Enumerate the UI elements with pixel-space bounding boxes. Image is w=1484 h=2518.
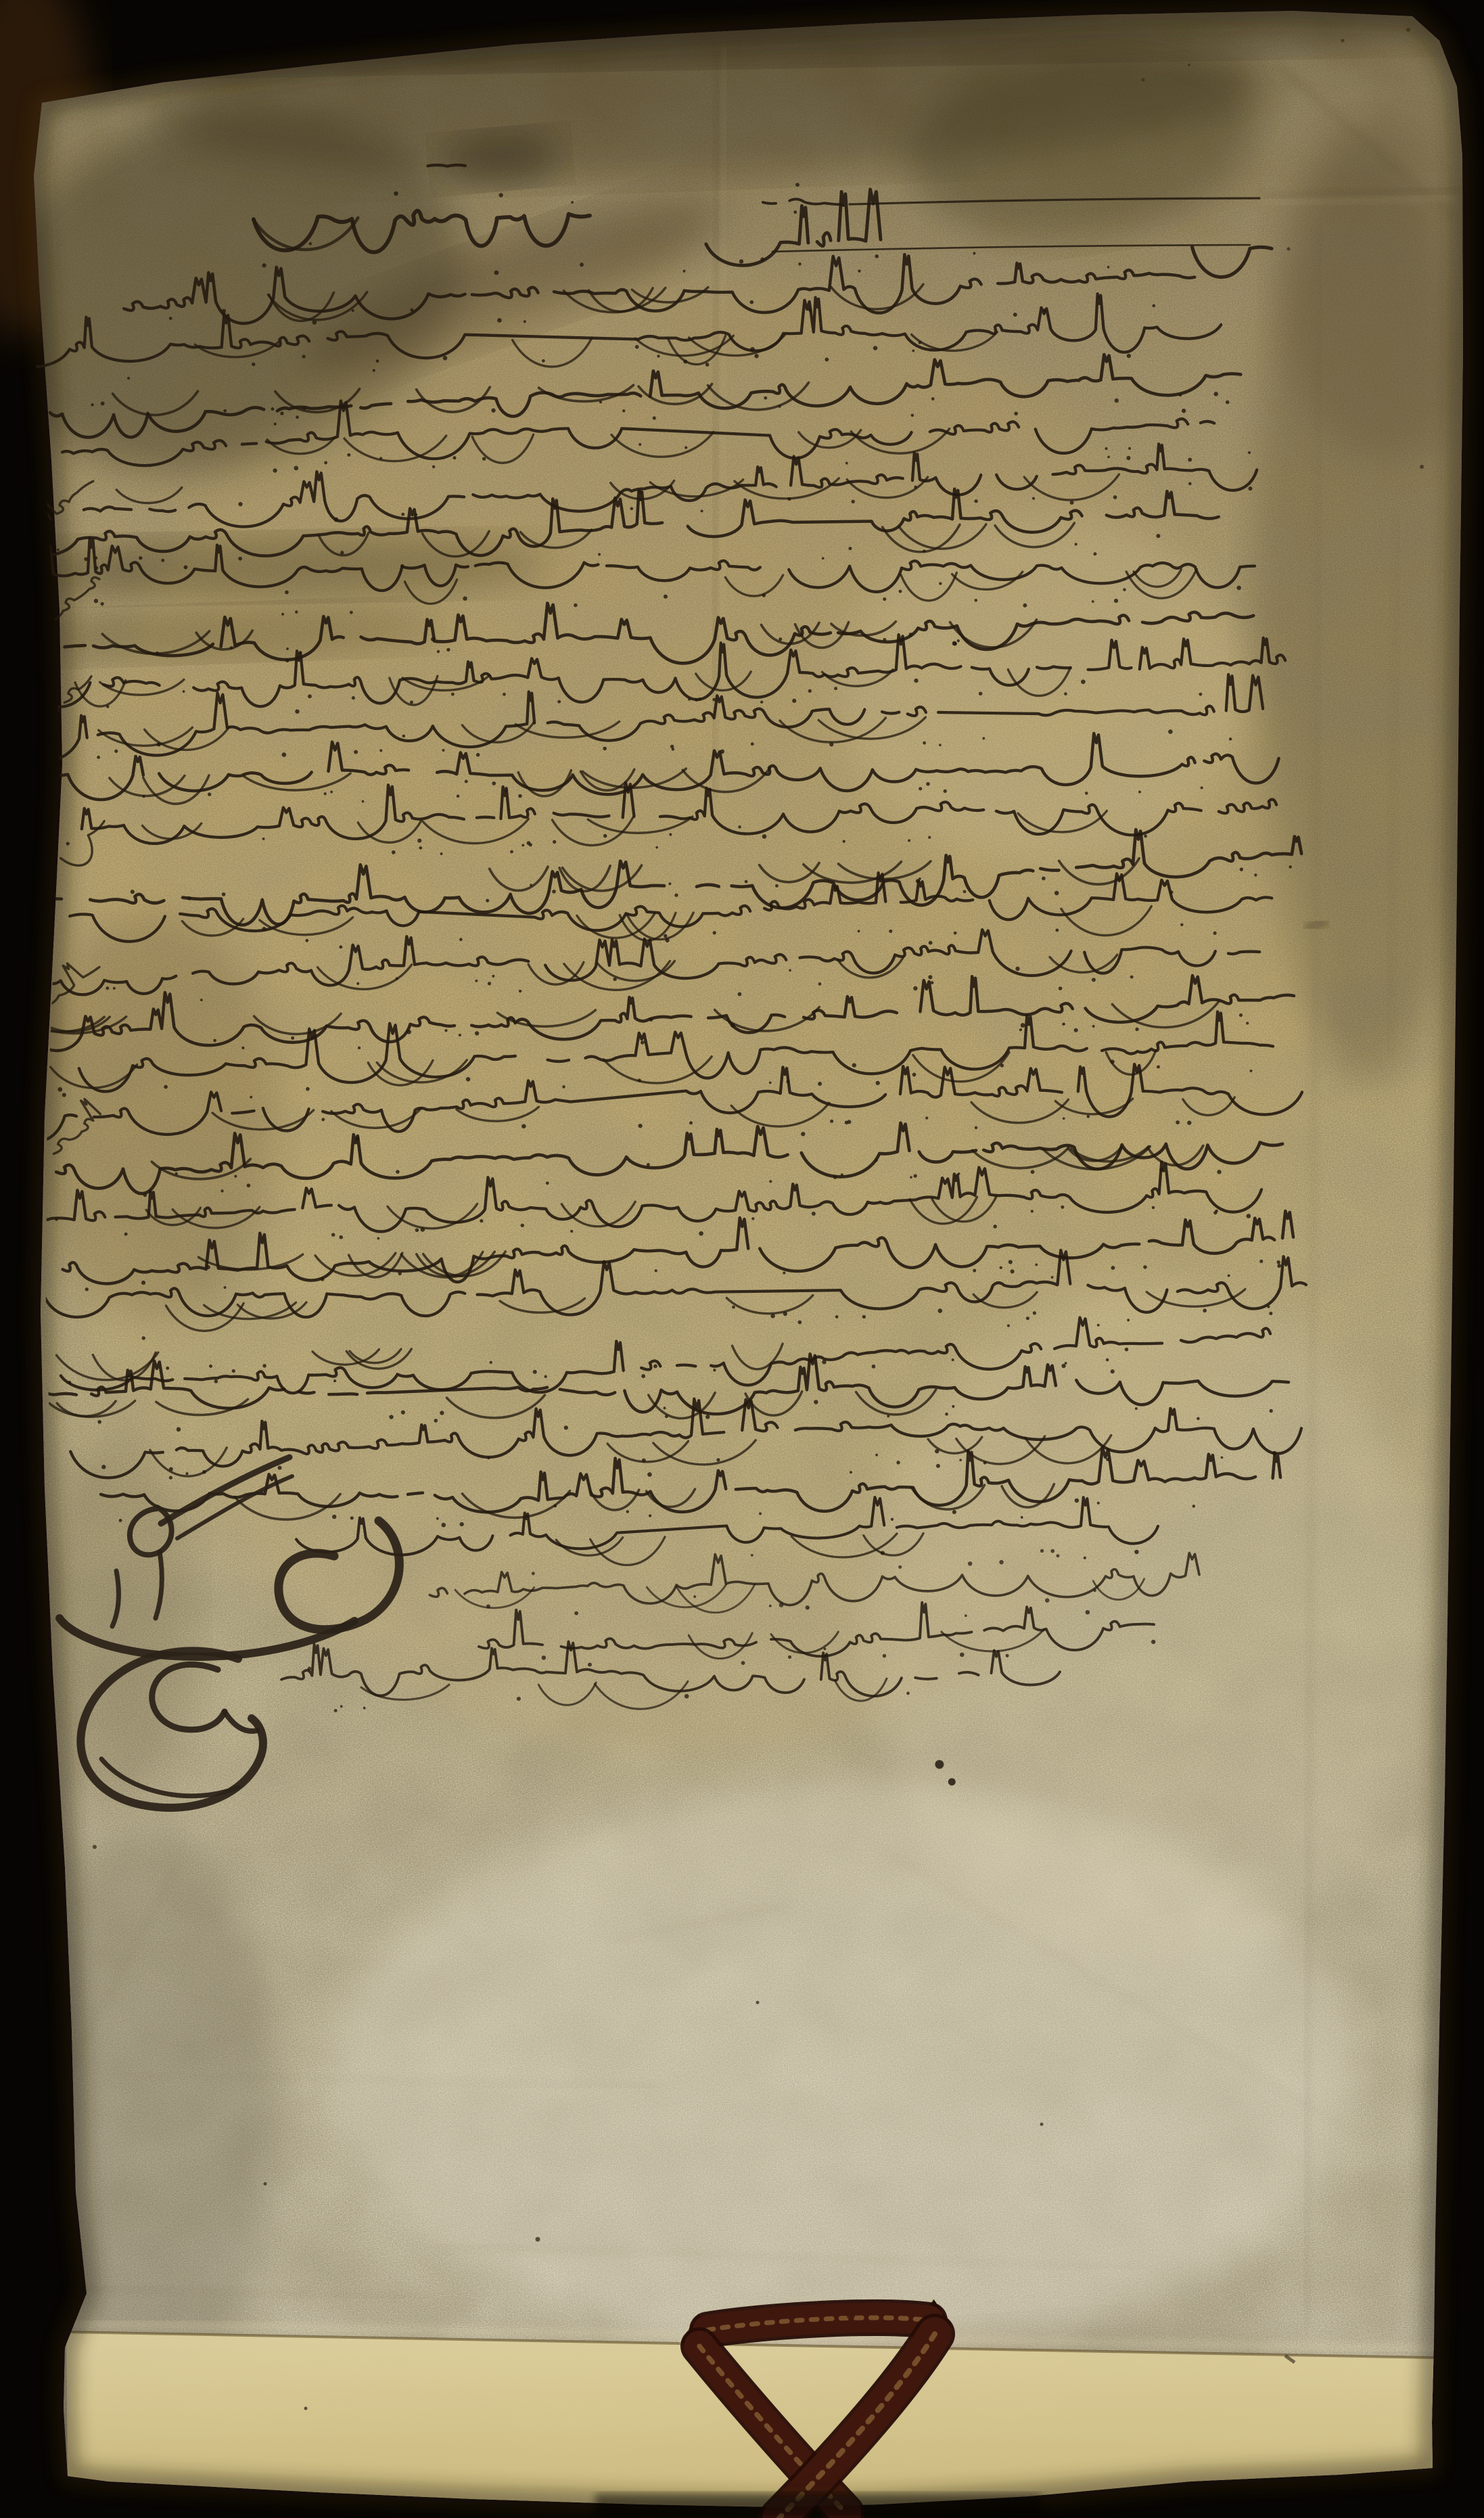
diacritic-dot: [498, 193, 503, 197]
diacritic-dot: [309, 242, 312, 246]
manuscript-document-photo: [0, 0, 1484, 2518]
paper-speck: [264, 2182, 267, 2186]
paper-speck: [1341, 39, 1345, 43]
script-line: [427, 165, 465, 166]
photo-backdrop: [0, 0, 1484, 2518]
diacritic-dot: [795, 183, 799, 187]
paper-speck: [1406, 28, 1410, 32]
paper-speck: [1287, 248, 1291, 251]
paper-speck: [1142, 78, 1145, 82]
paper-speck: [1040, 2123, 1044, 2126]
diacritic-dot: [793, 210, 797, 214]
diacritic-dot: [394, 191, 398, 196]
paper-speck: [1420, 465, 1424, 469]
paper-speck: [536, 2237, 540, 2242]
diacritic-dot: [739, 259, 743, 263]
paper-speck: [304, 2407, 308, 2410]
diacritic-dot: [571, 201, 574, 204]
highlight-patch: [839, 514, 1245, 866]
paper-speck: [93, 1845, 97, 1849]
paper-speck: [1188, 64, 1190, 66]
paper-speck: [756, 2001, 760, 2005]
